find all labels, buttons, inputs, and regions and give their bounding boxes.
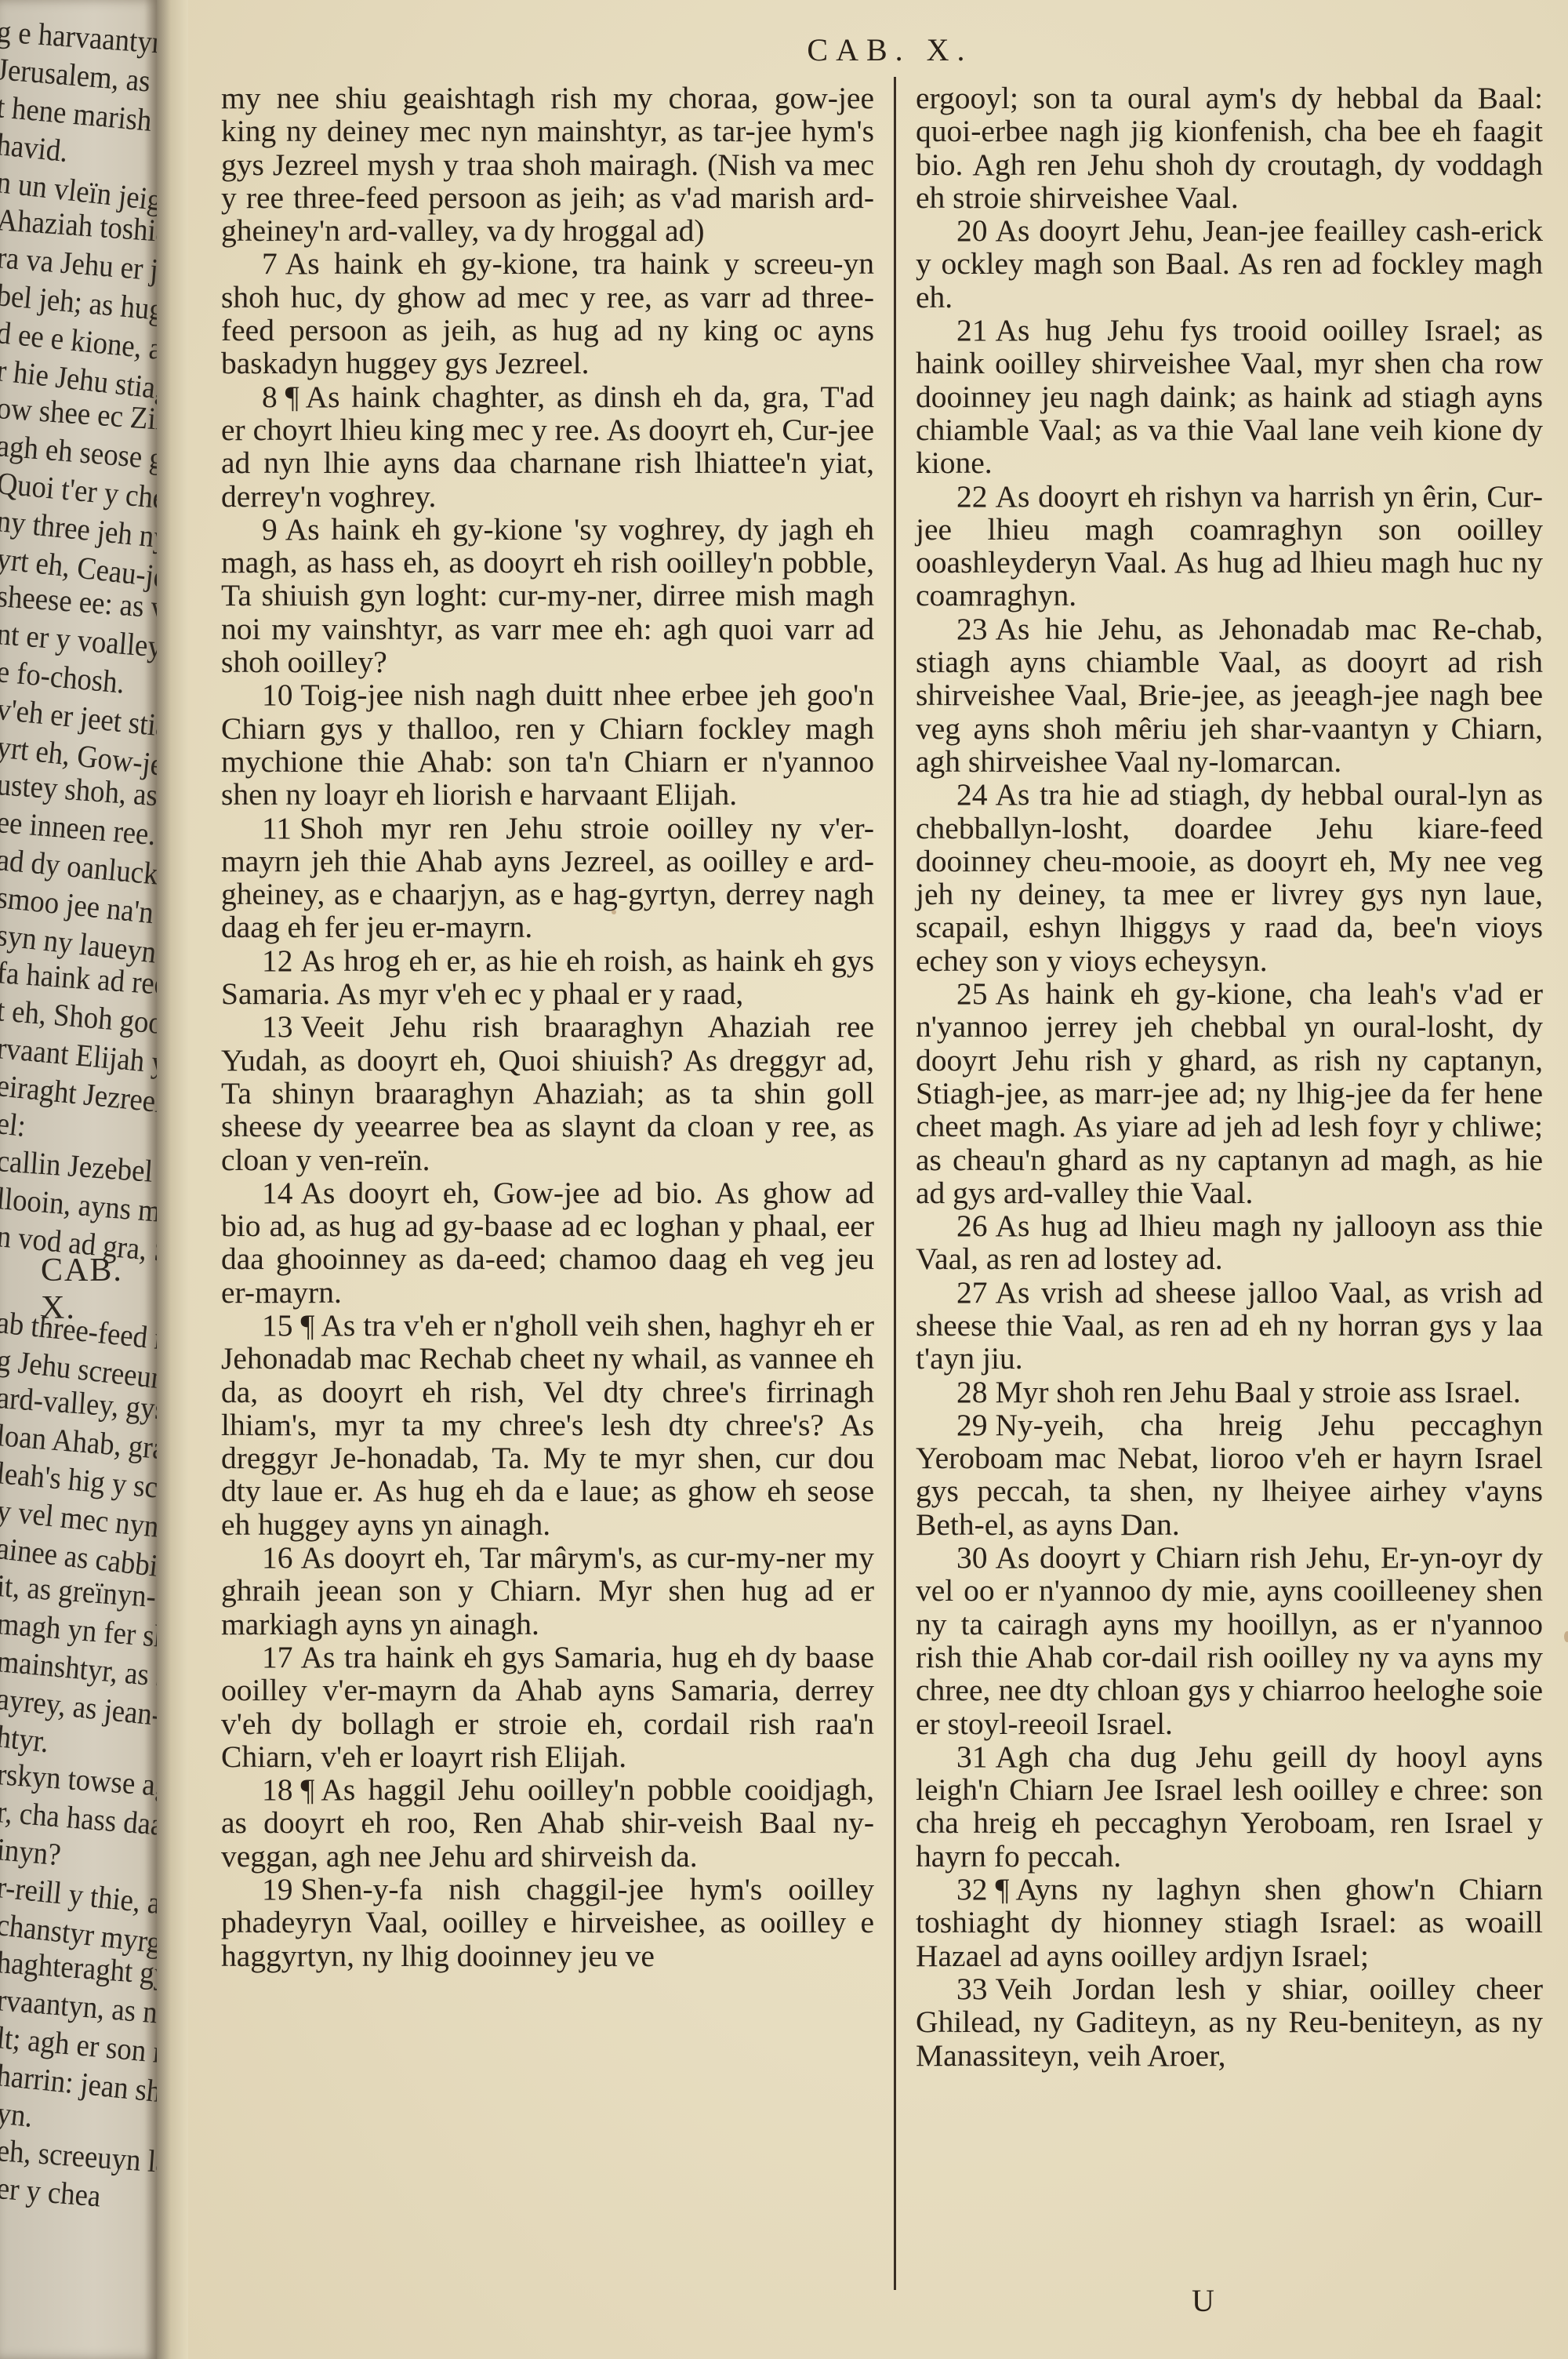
verse-number: 20 xyxy=(956,213,988,248)
verse-text: As dooyrt eh rishyn va harrish yn êrin, … xyxy=(916,479,1543,613)
verse: 20As dooyrt Jehu, Jean-jee feailley cash… xyxy=(916,214,1543,314)
verse-continuation: ergooyl; son ta oural aym's dy hebbal da… xyxy=(916,82,1543,214)
facing-page-line: inyn? xyxy=(0,1834,62,1870)
verse-text: As vrish ad sheese jalloo Vaal, as vrish… xyxy=(916,1275,1543,1376)
verse-number: 16 xyxy=(262,1540,293,1575)
verse-continuation: my nee shiu geaishtagh rish my choraa, g… xyxy=(221,82,874,247)
verse-text: Myr shoh ren Jehu Baal y stroie ass Isra… xyxy=(996,1375,1521,1409)
verse: 25As haink eh gy-kione, cha leah's v'ad … xyxy=(916,977,1543,1209)
verse: 17As tra haink eh gys Samaria, hug eh dy… xyxy=(221,1641,874,1773)
verse-number: 24 xyxy=(956,777,988,812)
verse: 8¶As haink chaghter, as dinsh eh da, gra… xyxy=(221,380,874,513)
verse-number: 18 xyxy=(262,1772,293,1807)
facing-page-line: er y chea xyxy=(0,2172,102,2212)
verse-number: 12 xyxy=(262,943,293,978)
verse: 13Veeit Jehu rish braaraghyn Ahaziah ree… xyxy=(221,1010,874,1176)
verse-number: 10 xyxy=(262,678,293,712)
paper-stain xyxy=(1564,1631,1568,1642)
verse: 29Ny-yeih, cha hreig Jehu peccaghyn Yero… xyxy=(916,1408,1543,1541)
book-gutter xyxy=(157,0,188,2359)
verse: 12As hrog eh er, as hie eh roish, as hai… xyxy=(221,944,874,1011)
verse-text: Veih Jordan lesh y shiar, ooilley cheer … xyxy=(916,1972,1543,2073)
verse: 30As dooyrt y Chiarn rish Jehu, Er-yn-oy… xyxy=(916,1541,1543,1740)
verse-number: 11 xyxy=(262,811,292,845)
verse-text: As haggil Jehu ooilley'n pobble cooidjag… xyxy=(221,1772,874,1874)
verse-number: 33 xyxy=(956,1972,988,2006)
verse: 18¶As haggil Jehu ooilley'n pobble cooid… xyxy=(221,1773,874,1873)
column-rule xyxy=(894,77,896,2290)
verse: 27As vrish ad sheese jalloo Vaal, as vri… xyxy=(916,1276,1543,1376)
verse-text: Agh cha dug Jehu geill dy hooyl ayns lei… xyxy=(916,1739,1543,1874)
verse-number: 29 xyxy=(956,1408,988,1442)
verse: 11Shoh myr ren Jehu stroie ooilley ny v'… xyxy=(221,812,874,944)
verse-number: 19 xyxy=(262,1872,293,1906)
verse-number: 8 xyxy=(262,380,278,414)
verse-text: As haink eh gy-kione, tra haink y screeu… xyxy=(221,246,874,380)
verse-text: As dooyrt y Chiarn rish Jehu, Er-yn-oyr … xyxy=(916,1540,1543,1740)
verse-text: ergooyl; son ta oural aym's dy hebbal da… xyxy=(916,81,1543,215)
running-head: CAB. X. xyxy=(188,31,1568,68)
verse-number: 22 xyxy=(956,479,988,514)
verse-text: As haink eh gy-kione, cha leah's v'ad er… xyxy=(916,976,1543,1210)
verse-text: As hrog eh er, as hie eh roish, as haink… xyxy=(221,943,874,1011)
verse-number: 32 xyxy=(956,1872,988,1906)
verse: 16As dooyrt eh, Tar mârym's, as cur-my-n… xyxy=(221,1541,874,1641)
verse-number: 14 xyxy=(262,1176,293,1210)
verse: 7As haink eh gy-kione, tra haink y scree… xyxy=(221,247,874,380)
verse: 28Myr shoh ren Jehu Baal y stroie ass Is… xyxy=(916,1376,1543,1408)
verse-text: Toig-jee nish nagh duitt nhee erbee jeh … xyxy=(221,678,874,812)
verse: 24As tra hie ad stiagh, dy hebbal oural-… xyxy=(916,778,1543,977)
verse: 26As hug ad lhieu magh ny jallooyn ass t… xyxy=(916,1209,1543,1276)
verse: 32¶Ayns ny laghyn shen ghow'n Chiarn tos… xyxy=(916,1873,1543,1972)
facing-page-line: el: xyxy=(0,1107,27,1142)
verse-number: 25 xyxy=(956,976,988,1011)
verse-number: 21 xyxy=(956,313,988,347)
verse: 19Shen-y-fa nish chaggil-jee hym's ooill… xyxy=(221,1873,874,1972)
verse: 10Toig-jee nish nagh duitt nhee erbee je… xyxy=(221,678,874,811)
signature-mark: U xyxy=(1192,2282,1214,2319)
verse-number: 17 xyxy=(262,1640,293,1674)
verse-text: As hie Jehu, as Jehonadab mac Re-chab, s… xyxy=(916,612,1543,779)
verse-text: Veeit Jehu rish braaraghyn Ahaziah ree Y… xyxy=(221,1009,874,1176)
verse-number: 15 xyxy=(262,1308,293,1343)
verse-text: As tra v'eh er n'gholl veih shen, haghyr… xyxy=(221,1308,874,1542)
facing-page-line: e fo-chosh. xyxy=(0,656,126,699)
verse-number: 28 xyxy=(956,1375,988,1409)
verse: 15¶As tra v'eh er n'gholl veih shen, hag… xyxy=(221,1309,874,1541)
verse-text: my nee shiu geaishtagh rish my choraa, g… xyxy=(221,81,874,248)
verse-number: 31 xyxy=(956,1739,988,1774)
verse-text: As haink chaghter, as dinsh eh da, gra, … xyxy=(221,380,874,514)
verse-text: Shen-y-fa nish chaggil-jee hym's ooilley… xyxy=(221,1872,874,1973)
verse: 31Agh cha dug Jehu geill dy hooyl ayns l… xyxy=(916,1740,1543,1873)
verse-text: As tra haink eh gys Samaria, hug eh dy b… xyxy=(221,1640,874,1774)
pilcrow-icon: ¶ xyxy=(301,1772,315,1807)
verse: 14As dooyrt eh, Gow-jee ad bio. As ghow … xyxy=(221,1176,874,1309)
facing-page-line: havid. xyxy=(0,129,70,167)
verse-text: Shoh myr ren Jehu stroie ooilley ny v'er… xyxy=(221,811,874,945)
verse-text: As hug ad lhieu magh ny jallooyn ass thi… xyxy=(916,1209,1543,1276)
verse: 33Veih Jordan lesh y shiar, ooilley chee… xyxy=(916,1972,1543,2072)
verse-text: As tra hie ad stiagh, dy hebbal oural-ly… xyxy=(916,777,1543,977)
verse: 21As hug Jehu fys trooid ooilley Israel;… xyxy=(916,314,1543,479)
verse-text: Ayns ny laghyn shen ghow'n Chiarn toshia… xyxy=(916,1872,1543,1973)
paper-stain xyxy=(612,910,616,914)
verse-number: 7 xyxy=(262,246,278,281)
left-facing-page: g e harvaantyn lhieuJerusalem, as d'oanl… xyxy=(0,0,157,2359)
pilcrow-icon: ¶ xyxy=(996,1872,1010,1906)
verse-text: As dooyrt eh, Tar mârym's, as cur-my-ner… xyxy=(221,1540,874,1641)
verse-text: As dooyrt eh, Gow-jee ad bio. As ghow ad… xyxy=(221,1176,874,1310)
verse-number: 9 xyxy=(262,512,278,547)
verse-text: As hug Jehu fys trooid ooilley Israel; a… xyxy=(916,313,1543,480)
verse-number: 13 xyxy=(262,1009,293,1044)
verse-number: 30 xyxy=(956,1540,988,1575)
verse-text: Ny-yeih, cha hreig Jehu peccaghyn Yerobo… xyxy=(916,1408,1543,1542)
verse: 9As haink eh gy-kione 'sy voghrey, dy ja… xyxy=(221,513,874,678)
facing-page-line: htyr. xyxy=(0,1721,50,1757)
facing-page-line: yn. xyxy=(0,2097,34,2132)
verse-text: As haink eh gy-kione 'sy voghrey, dy jag… xyxy=(221,512,874,679)
verse-number: 27 xyxy=(956,1275,988,1310)
verse-text: As dooyrt Jehu, Jean-jee feailley cash-e… xyxy=(916,213,1543,314)
verse: 22As dooyrt eh rishyn va harrish yn êrin… xyxy=(916,480,1543,612)
text-column-left: my nee shiu geaishtagh rish my choraa, g… xyxy=(221,82,874,1972)
verse: 23As hie Jehu, as Jehonadab mac Re-chab,… xyxy=(916,612,1543,778)
verse-number: 23 xyxy=(956,612,988,646)
text-column-right: ergooyl; son ta oural aym's dy hebbal da… xyxy=(916,82,1543,2072)
pilcrow-icon: ¶ xyxy=(301,1308,315,1343)
main-page: CAB. X. my nee shiu geaishtagh rish my c… xyxy=(188,0,1568,2359)
verse-number: 26 xyxy=(956,1209,988,1243)
pilcrow-icon: ¶ xyxy=(285,380,299,414)
